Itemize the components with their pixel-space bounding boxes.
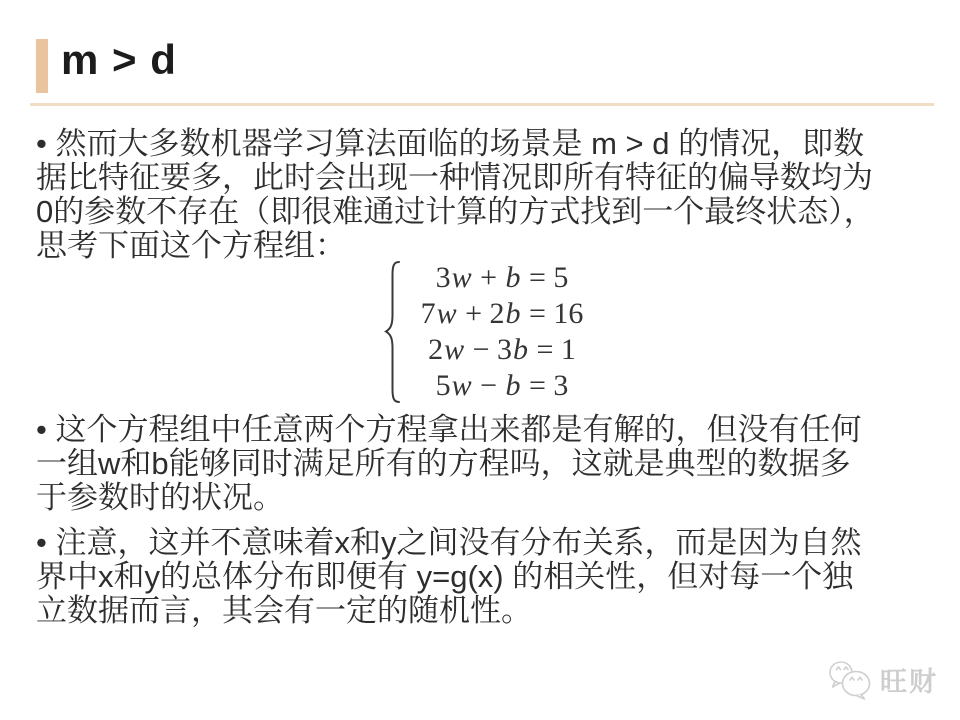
equation-system: 3w + b = 5 7w + 2b = 16 2w − 3b = 1 5w −… bbox=[382, 259, 602, 405]
watermark-text: 旺财 bbox=[880, 660, 938, 699]
equation-lines: 3w + b = 5 7w + 2b = 16 2w − 3b = 1 5w −… bbox=[402, 260, 602, 404]
equation-line-4: 5w − b = 3 bbox=[436, 368, 569, 404]
page-title: m > d bbox=[61, 36, 177, 84]
slide: m > d • 然而大多数机器学习算法面临的场景是 m > d 的情况，即数 据… bbox=[0, 0, 960, 720]
title-underline bbox=[30, 103, 934, 106]
bullet-paragraph-2: • 这个方程组中任意两个方程拿出来都是有解的，但没有任何 一组w和b能够同时满足… bbox=[36, 413, 936, 515]
left-curly-brace bbox=[382, 259, 402, 405]
equation-line-2: 7w + 2b = 16 bbox=[421, 296, 584, 332]
title-accent-bar bbox=[36, 39, 48, 93]
equation-line-3: 2w − 3b = 1 bbox=[428, 332, 576, 368]
bullet-paragraph-3: • 注意，这并不意味着x和y之间没有分布关系，而是因为自然 界中x和y的总体分布… bbox=[36, 526, 936, 628]
watermark: 旺财 bbox=[827, 658, 938, 700]
puppy-chat-bubbles-icon bbox=[827, 658, 873, 700]
bullet-paragraph-1: • 然而大多数机器学习算法面临的场景是 m > d 的情况，即数 据比特征要多，… bbox=[36, 127, 936, 263]
equation-line-1: 3w + b = 5 bbox=[436, 260, 569, 296]
